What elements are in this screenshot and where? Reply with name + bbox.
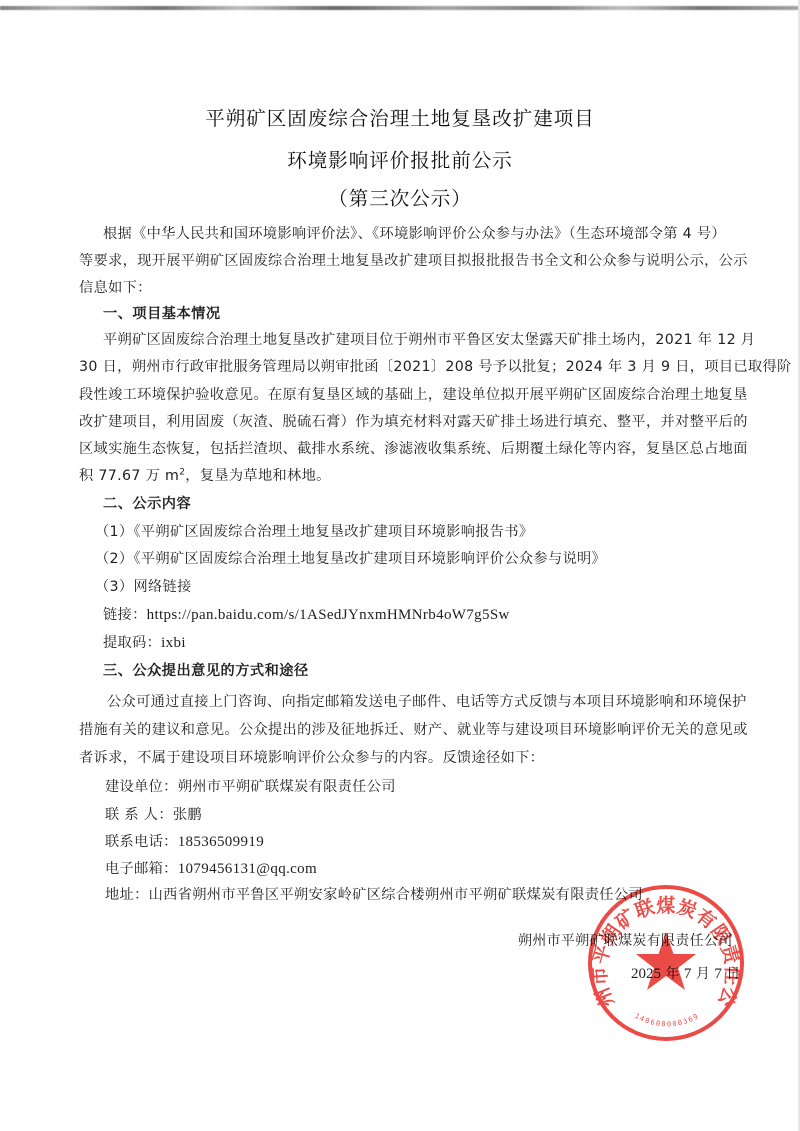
person-value: 张鹏 — [173, 807, 202, 823]
content-item-public-participation: （2）《平朔矿区固废综合治理土地复垦改扩建项目环境影响评价公众参与说明》 — [95, 548, 755, 570]
section1-line-1: 平朔矿区固废综合治理土地复垦改扩建项目位于朔州市平鲁区安太堡露天矿排土场内，20… — [103, 329, 763, 351]
intro-line-1: 根据《中华人民共和国环境影响评价法》、《环境影响评价公众参与办法》（生态环境部令… — [103, 223, 763, 245]
document-notice-number: （第三次公示） — [0, 183, 800, 211]
address-value: 山西省朔州市平鲁区平朔安家岭矿区综合楼朔州市平朔矿联煤炭有限责任公司 — [149, 887, 643, 903]
content-item-network-link: （3）网络链接 — [95, 576, 755, 598]
intro-line-2: 等要求，现开展平朔矿区固废综合治理土地复垦改扩建项目拟报批报告书全文和公众参与说… — [79, 250, 739, 272]
extraction-code-row: 提取码：ixbi — [103, 632, 763, 654]
unit-value: 朔州市平朔矿联煤炭有限责任公司 — [178, 779, 396, 795]
person-label: 联 系 人： — [105, 807, 173, 823]
download-link-row: 链接：https://pan.baidu.com/s/1ASedJYnxmHMN… — [103, 604, 763, 626]
phone-value: 18536509919 — [178, 834, 264, 850]
area-suffix: ，复垦为草地和林地。 — [185, 468, 330, 484]
seal-number: 140600000369 — [633, 1012, 700, 1029]
link-label: 链接： — [103, 607, 147, 623]
unit-label: 建设单位： — [105, 779, 178, 795]
contact-email: 电子邮箱：1079456131@qq.com — [105, 858, 765, 880]
section1-line-6: 积 77.67 万 m2，复垦为草地和林地。 — [79, 465, 739, 487]
section-heading-content: 二、公示内容 — [103, 493, 763, 515]
content-item-report: （1）《平朔矿区固废综合治理土地复垦改扩建项目环境影响报告书》 — [95, 521, 755, 543]
address-label: 地址： — [105, 887, 149, 903]
official-seal-icon: 朔州市平朔矿联煤炭有限责任公司 140600000369 — [585, 882, 747, 1044]
scan-edge-artifact — [0, 6, 800, 10]
section1-line-2: 30 日，朔州市行政审批服务管理局以朔审批函〔2021〕208 号予以批复；20… — [79, 356, 739, 378]
section3-line-1: 公众可通过直接上门咨询、向指定邮箱发送电子邮件、电话等方式反馈与本项目环境影响和… — [107, 691, 767, 713]
download-link[interactable]: https://pan.baidu.com/s/1ASedJYnxmHMNrb4… — [147, 607, 510, 623]
contact-person: 联 系 人：张鹏 — [105, 804, 765, 826]
section-heading-feedback: 三、公众提出意见的方式和途径 — [103, 660, 763, 682]
section1-line-4: 改扩建项目，利用固废（灰渣、脱硫石膏）作为填充材料对露天矿排土场进行填充、整平，… — [79, 411, 739, 433]
extraction-code: ixbi — [161, 635, 186, 651]
email-label: 电子邮箱： — [105, 861, 178, 877]
document-title: 平朔矿区固废综合治理土地复垦改扩建项目 — [0, 103, 800, 131]
contact-phone: 联系电话：18536509919 — [105, 831, 765, 853]
svg-text:140600000369: 140600000369 — [633, 1012, 700, 1029]
phone-label: 联系电话： — [105, 834, 178, 850]
contact-unit: 建设单位：朔州市平朔矿联煤炭有限责任公司 — [105, 776, 765, 798]
area-text: 积 77.67 万 m — [79, 468, 179, 484]
section1-line-3: 段性竣工环境保护验收意见。在原有复垦区域的基础上，建设单位拟开展平朔矿区固废综合… — [79, 384, 739, 406]
section3-line-3: 者诉求，不属于建设项目环境影响评价公众参与的内容。反馈途径如下： — [79, 747, 739, 769]
section3-line-2: 措施有关的建议和意见。公众提出的涉及征地拆迁、财产、就业等与建设项目环境影响评价… — [79, 719, 739, 741]
section1-line-5: 区域实施生态恢复，包括拦渣坝、截排水系统、渗滤液收集系统、后期覆土绿化等内容，复… — [79, 438, 739, 460]
code-label: 提取码： — [103, 635, 161, 651]
document-subtitle: 环境影响评价报批前公示 — [0, 145, 800, 173]
section-heading-basic-info: 一、项目基本情况 — [103, 303, 763, 325]
email-value[interactable]: 1079456131@qq.com — [178, 861, 317, 877]
intro-line-3: 信息如下： — [79, 277, 739, 299]
